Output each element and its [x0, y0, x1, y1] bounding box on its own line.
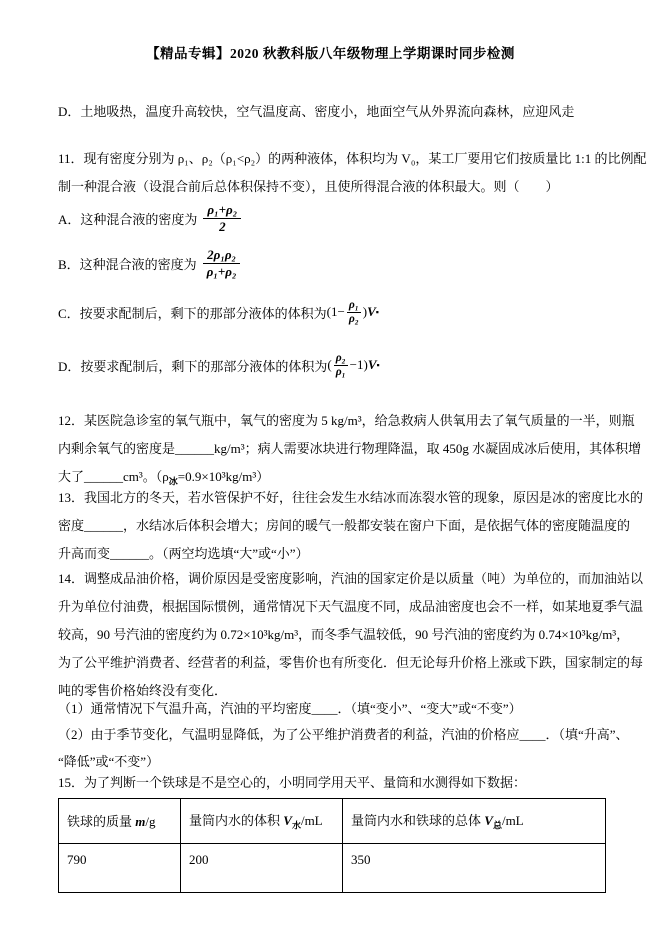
- math-symbol: V: [283, 813, 292, 828]
- symbol-subscript: 总: [493, 821, 502, 831]
- unit-text: /g: [145, 814, 155, 829]
- question-14-line-2: 升为单位付油费，根据国际惯例，通常情况下天气温度不同，成品油密度也会不一样，如某…: [58, 598, 643, 615]
- option-a-fraction: ρ₁+ρ₂ 2: [203, 202, 241, 235]
- option-c-fraction: ρ₁ ρ₂: [347, 299, 361, 326]
- option-d-paren-open: (: [327, 357, 331, 373]
- table-cell-total-volume: 350: [343, 844, 606, 893]
- option-b-fraction: 2ρ₁ρ₂ ρ₁+ρ₂: [203, 247, 241, 280]
- unit-text: /mL: [502, 813, 524, 828]
- math-symbol: V: [484, 813, 493, 828]
- fraction-numerator: ρ₁+ρ₂: [203, 202, 241, 219]
- question-11-option-b: B．这种混合液的密度为 2ρ₁ρ₂ ρ₁+ρ₂: [58, 240, 241, 286]
- question-14-subquestion-2-line-1: （2）由于季节变化，气温明显降低，为了公平维护消费者的利益，汽油的价格应____…: [58, 726, 629, 743]
- table-data-row: 790 200 350: [59, 844, 606, 893]
- option-c-paren-open: (1−: [327, 304, 345, 320]
- header-text: 铁球的质量: [67, 814, 135, 829]
- fraction-denominator: ρ₁+ρ₂: [203, 264, 241, 280]
- question-11-option-d: D．按要求配制后，剩下的那部分液体的体积为 ( ρ₂ ρ₁ −1) V ▪: [58, 343, 380, 387]
- question-14-subquestion-2-line-2: “降低”或“不变”）: [58, 753, 159, 770]
- page-title: 【精品专辑】2020 秋教科版八年级物理上学期课时同步检测: [0, 42, 661, 62]
- table-header-mass: 铁球的质量 m/g: [59, 799, 181, 844]
- fraction-denominator: ρ₁: [334, 366, 348, 379]
- volume-subscript: ▪: [376, 307, 379, 317]
- unit-text: /mL: [301, 813, 323, 828]
- question-12-line-3-text: 大了______cm³。（ρ: [58, 469, 169, 484]
- volume-symbol: V: [367, 304, 376, 320]
- question-14-line-4: 为了公平维护消费者、经营者的利益，零售价也有所变化．但无论每升价格上涨或下跌，国…: [58, 654, 643, 671]
- question-14-line-1: 14．调整成品油价格，调价原因是受密度影响，汽油的国家定价是以质量（吨）为单位的…: [58, 570, 643, 587]
- header-text: 量筒内水的体积: [189, 813, 283, 828]
- option-c-text: C．按要求配制后，剩下的那部分液体的体积为: [58, 303, 327, 322]
- table-header-row: 铁球的质量 m/g 量筒内水的体积 V水/mL 量筒内水和铁球的总体 V总/mL: [59, 799, 606, 844]
- fraction-denominator: ρ₂: [347, 313, 361, 326]
- option-b-text: B．这种混合液的密度为: [58, 254, 197, 273]
- document-page: 【精品专辑】2020 秋教科版八年级物理上学期课时同步检测 D．土地吸热，温度升…: [0, 0, 661, 936]
- question-11-option-c: C．按要求配制后，剩下的那部分液体的体积为 (1− ρ₁ ρ₂ ) V ▪: [58, 290, 379, 334]
- fraction-numerator: 2ρ₁ρ₂: [203, 247, 240, 264]
- fraction-numerator: ρ₂: [334, 352, 348, 366]
- table-header-water-volume: 量筒内水的体积 V水/mL: [181, 799, 343, 844]
- volume-subscript: ▪: [377, 360, 380, 370]
- header-text: 量筒内水和铁球的总体: [351, 813, 484, 828]
- table-cell-mass: 790: [59, 844, 181, 893]
- option-a-text: A．这种混合液的密度为: [58, 209, 197, 228]
- option-d-paren-close: −1): [350, 357, 368, 373]
- fraction-numerator: ρ₁: [347, 299, 361, 313]
- table-header-total-volume: 量筒内水和铁球的总体 V总/mL: [343, 799, 606, 844]
- math-symbol: m: [135, 814, 145, 829]
- option-d-fraction: ρ₂ ρ₁: [334, 352, 348, 379]
- option-d-text: D．按要求配制后，剩下的那部分液体的体积为: [58, 356, 327, 375]
- question-13-line-1: 13．我国北方的冬天，若水管保护不好，往往会发生水结冰而冻裂水管的现象，原因是冰…: [58, 489, 643, 506]
- measurement-data-table: 铁球的质量 m/g 量筒内水的体积 V水/mL 量筒内水和铁球的总体 V总/mL…: [58, 798, 606, 893]
- volume-symbol: V: [368, 357, 377, 373]
- question-11-line-1: 11．现有密度分别为 ρ₁、ρ₂（ρ₁<ρ₂）的两种液体，体积均为 V₀，某工厂…: [58, 150, 646, 167]
- rho-ice-subscript: 冰: [169, 477, 178, 487]
- question-15-intro: 15．为了判断一个铁球是不是空心的，小明同学用天平、量筒和水测得如下数据：: [58, 774, 526, 791]
- question-14-subquestion-1: （1）通常情况下气温升高，汽油的平均密度____．（填“变小”、“变大”或“不变…: [58, 700, 522, 717]
- question-14-line-3: 较高，90 号汽油的密度约为 0.72×10³kg/m³，而冬季气温较低，90 …: [58, 626, 629, 643]
- question-12-line-3: 大了______cm³。（ρ冰=0.9×10³kg/m³）: [58, 468, 269, 491]
- question-13-line-2: 密度______，水结冰后体积会增大；房间的暖气一般都安装在窗户下面，是依据气体…: [58, 517, 630, 534]
- question-12-line-2: 内剩余氧气的密度是______kg/m³；病人需要冰块进行物理降温，取 450g…: [58, 440, 641, 457]
- table-cell-water-volume: 200: [181, 844, 343, 893]
- symbol-subscript: 水: [292, 821, 301, 831]
- question-11-line-2: 制一种混合液（设混合前后总体积保持不变），且使所得混合液的体积最大。则（ ）: [58, 178, 559, 195]
- prev-question-option-d: D．土地吸热，温度升高较快，空气温度高、密度小，地面空气从外界流向森林，应迎风走: [58, 103, 574, 120]
- question-12-line-1: 12．某医院急诊室的氧气瓶中，氧气的密度为 5 kg/m³，给急救病人供氧用去了…: [58, 412, 635, 429]
- question-13-line-3: 升高而变______。（两空均选填“大”或“小”）: [58, 545, 309, 562]
- question-11-option-a: A．这种混合液的密度为 ρ₁+ρ₂ 2: [58, 196, 241, 240]
- question-12-line-3-tail: =0.9×10³kg/m³）: [178, 469, 269, 484]
- fraction-denominator: 2: [215, 219, 230, 235]
- question-14-line-5: 吨的零售价格始终没有变化．: [58, 682, 227, 699]
